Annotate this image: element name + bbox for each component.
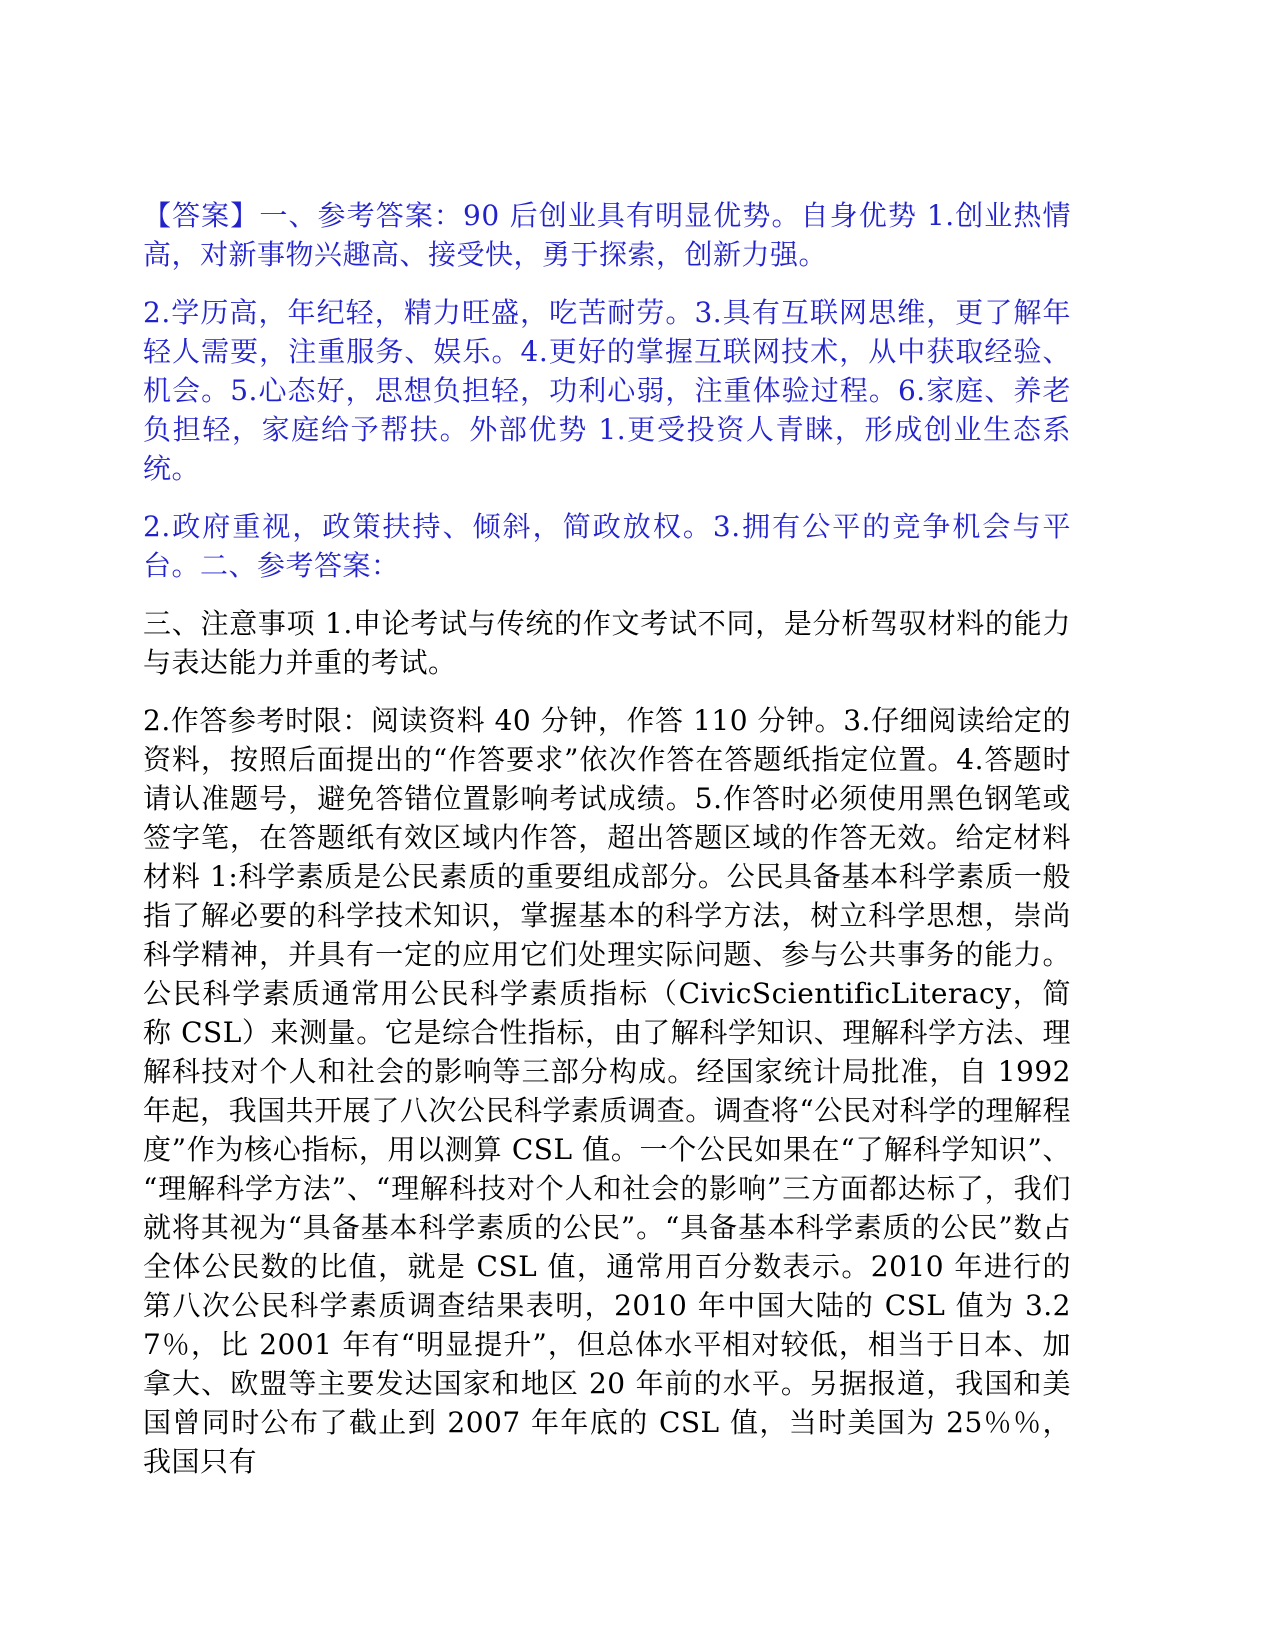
answer-paragraph-3: 2.政府重视，政策扶持、倾斜，简政放权。3.拥有公平的竞争机会与平台。二、参考答… [143,507,1071,585]
document-page: 【答案】一、参考答案：90 后创业具有明显优势。自身优势 1.创业热情高，对新事… [0,0,1275,1650]
answer-paragraph-1: 【答案】一、参考答案：90 后创业具有明显优势。自身优势 1.创业热情高，对新事… [143,196,1071,274]
material-paragraph: 2.作答参考时限：阅读资料 40 分钟，作答 110 分钟。3.仔细阅读给定的资… [143,701,1071,1481]
notice-paragraph: 三、注意事项 1.申论考试与传统的作文考试不同，是分析驾驭材料的能力与表达能力并… [143,604,1071,682]
answer-paragraph-2: 2.学历高，年纪轻，精力旺盛，吃苦耐劳。3.具有互联网思维，更了解年轻人需要，注… [143,293,1071,488]
text-content: 【答案】一、参考答案：90 后创业具有明显优势。自身优势 1.创业热情高，对新事… [143,196,1071,1481]
